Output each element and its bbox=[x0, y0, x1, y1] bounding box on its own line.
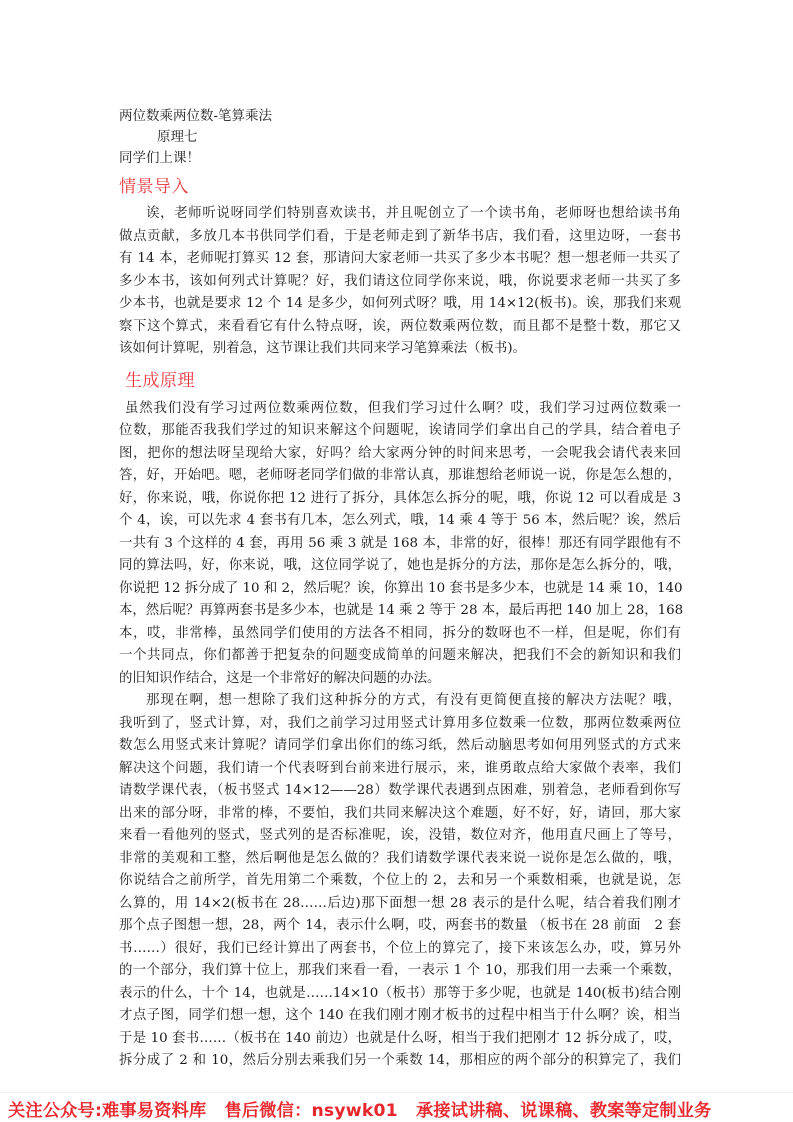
text-line: 那现在啊，想一想除了我们这种拆分的方式，有没有更简便直接的解决方法呢？哦， bbox=[119, 690, 681, 713]
text-line: 一个共同点，你们都善于把复杂的问题变成简单的问题来解决，把我们不会的新知识和我们 bbox=[119, 645, 681, 668]
text-line: 你说把 12 拆分成了 10 和 2，然后呢？诶，你算出 10 套书是多少本，也… bbox=[119, 578, 681, 601]
footer-text: 关注公众号:难事易资料库 售后微信：nsywk01 承接试讲稿、说课稿、教案等定… bbox=[8, 1096, 724, 1121]
greeting-line: 同学们上课！ bbox=[119, 148, 679, 169]
text-line: 一共有 3 个这样的 4 套，再用 56 乘 3 就是 168 本，非常的好，很… bbox=[119, 533, 681, 556]
text-line: 拆分成了 2 和 10，然后分别去乘我们另一个乘数 14，那相应的两个部分的积算… bbox=[119, 1050, 681, 1073]
text-line: 该如何计算呢，别着急，这节课让我们共同来学习笔算乘法（板书)。 bbox=[119, 338, 681, 361]
document-page: 两位数乘两位数-笔算乘法 原理七 同学们上课！ 情景导入 诶，老师听说呀同学们特… bbox=[0, 0, 793, 1122]
document-subtitle: 原理七 bbox=[119, 127, 679, 148]
text-line: 来看一看他列的竖式，竖式列的是否标准呢，诶，没错，数位对齐，他用直尺画上了等号， bbox=[119, 825, 681, 848]
text-line: 诶，老师听说呀同学们特别喜欢读书，并且呢创立了一个读书角，老师呀也想给读书角 bbox=[119, 203, 681, 226]
text-line: 本，然后呢？再算两套书是多少本，也就是 14 乘 2 等于 28 本，最后再把 … bbox=[119, 600, 681, 623]
text-line: 好，你来说，哦，你说你把 12 进行了拆分，具体怎么拆分的呢，哦，你说 12 可… bbox=[119, 488, 681, 511]
text-line: 非常的美观和工整，然后啊他是怎么做的？我们请数学课代表来说一说你是怎么做的，哦， bbox=[119, 848, 681, 871]
paragraph-scenario-intro: 诶，老师听说呀同学们特别喜欢读书，并且呢创立了一个读书角，老师呀也想给读书角 做… bbox=[119, 203, 679, 361]
footer-after-sales-contact: 售后微信：nsywk01 bbox=[225, 1101, 398, 1121]
footer-service-offer: 承接试讲稿、说课稿、教案等定制业务 bbox=[416, 1101, 712, 1121]
text-line: 多少本书，该如何列式计算呢？好，我们请这位同学你来说，哦，你说要求老师一共买了多 bbox=[119, 271, 681, 294]
document-title: 两位数乘两位数-笔算乘法 bbox=[119, 106, 679, 127]
section-heading-scenario-intro: 情景导入 bbox=[119, 175, 679, 199]
text-line: 书……）很好，我们已经计算出了两套书，个位上的算完了，接下来该怎么办，哎，算另外 bbox=[119, 938, 681, 961]
text-line: 于是 10 套书……（板书在 140 前边）也就是什么呀，相当于我们把刚才 12… bbox=[119, 1028, 681, 1051]
text-line: 同的算法吗，好，你来说，哦，这位同学说了，她也是拆分的方法，那你是怎么拆分的，哦… bbox=[119, 555, 681, 578]
text-line: 察下这个算式，来看看它有什么特点呀，诶，两位数乘两位数，而且都不是整十数，那它又 bbox=[119, 316, 681, 339]
text-line: 数怎么用竖式来计算呢？请同学们拿出你们的练习纸，然后动脑思考如何用列竖式的方式来 bbox=[119, 735, 681, 758]
document-body: 两位数乘两位数-笔算乘法 原理七 同学们上课！ 情景导入 诶，老师听说呀同学们特… bbox=[119, 106, 679, 1073]
text-line: 答，好，开始吧。嗯，老师呀老同学们做的非常认真，那谁想给老师说一说，你是怎么想的… bbox=[119, 465, 681, 488]
text-line: 你说结合之前所学，首先用第二个乘数，个位上的 2，去和另一个乘数相乘，也就是说，… bbox=[119, 870, 681, 893]
text-line: 少本书，也就是要求 12 个 14 是多少，如何列式呀？哦，用 14×12(板书… bbox=[119, 293, 681, 316]
text-line: 我听到了，竖式计算，对，我们之前学习过用竖式计算用多位数乘一位数，那两位数乘两位 bbox=[119, 713, 681, 736]
footer-banner: 关注公众号:难事易资料库 售后微信：nsywk01 承接试讲稿、说课稿、教案等定… bbox=[0, 1092, 793, 1122]
text-line: 个 4，诶，可以先求 4 套书有几本，怎么列式，哦，14 乘 4 等于 56 本… bbox=[119, 510, 681, 533]
text-line: 表示的什么，十个 14，也就是……14×10（板书）那等于多少呢，也就是 140… bbox=[119, 983, 681, 1006]
section-heading-principle: 生成原理 bbox=[125, 369, 679, 393]
text-line: 做点贡献，多放几本书供同学们看，于是老师走到了新华书店，我们看，这里边呀，一套书 bbox=[119, 226, 681, 249]
text-line: 本，哎，非常棒，虽然同学们使用的方法各不相同，拆分的数呀也不一样，但是呢，你们有 bbox=[119, 623, 681, 646]
text-line: 么算的，用 14×2(板书在 28……后边)那下面想一想 28 表示的是什么呢，… bbox=[119, 893, 681, 916]
text-line: 的一个部分，我们算十位上，那我们来看一看，一表示 1 个 10，那我们用一去乘一… bbox=[119, 960, 681, 983]
text-line: 位数，那能否我我们学过的知识来解这个问题呢，诶请同学们拿出自己的学具，结合着电子 bbox=[119, 420, 681, 443]
paragraph-principle-2: 那现在啊，想一想除了我们这种拆分的方式，有没有更简便直接的解决方法呢？哦， 我听… bbox=[119, 690, 679, 1073]
text-line: 才点子图，同学们想一想，这个 140 在我们刚才刚才板书的过程中相当于什么啊？诶… bbox=[119, 1005, 681, 1028]
text-line: 虽然我们没有学习过两位数乘两位数，但我们学习过什么啊？哎，我们学习过两位数乘一 bbox=[119, 398, 681, 421]
paragraph-principle-1: 虽然我们没有学习过两位数乘两位数，但我们学习过什么啊？哎，我们学习过两位数乘一 … bbox=[119, 398, 679, 691]
text-line: 请数学课代表，（板书竖式 14×12——28）数学课代表遇到点困难，别着急，老师… bbox=[119, 780, 681, 803]
text-line: 有 14 本，老师呢打算买 12 套，那请问大家老师一共买了多少本书呢？想一想老… bbox=[119, 248, 681, 271]
text-line: 出来的部分呀，非常的棒，不要怕，我们共同来解决这个难题，好不好，好，请回，那大家 bbox=[119, 803, 681, 826]
text-line: 的旧知识作结合，这是一个非常好的解决问题的办法。 bbox=[119, 668, 681, 691]
footer-wechat-account: 关注公众号:难事易资料库 bbox=[8, 1101, 206, 1121]
text-line: 那个点子图想一想，28，两个 14，表示什么啊，哎，两套书的数量 （板书在 28… bbox=[119, 915, 681, 938]
text-line: 解决这个问题，我们请一个代表呀到台前来进行展示，来，谁勇敢点给大家做个表率，我们 bbox=[119, 758, 681, 781]
text-line: 图，把你的想法呀呈现给大家，好吗？给大家两分钟的时间来思考，一会呢我会请代表来回 bbox=[119, 443, 681, 466]
